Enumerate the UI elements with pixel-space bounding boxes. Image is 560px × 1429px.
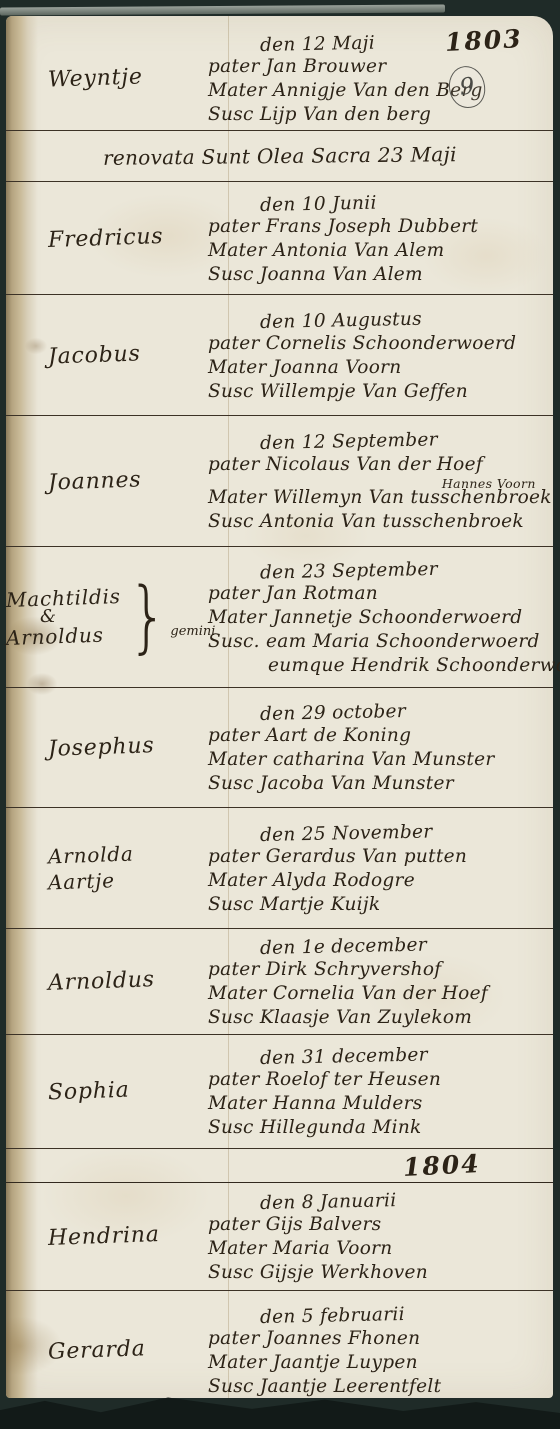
child-name: Jacobus [48,341,141,369]
mother-line: Mater Hanna Mulders [208,1093,547,1114]
mother-line: Mater Annigje Van den Berg [208,80,547,101]
baptism-date-line: den 31 december [260,1042,547,1069]
baptism-date-line: den 10 Junii [260,188,547,215]
register-entry: Gerarda den 5 februarii pater Joannes Fh… [6,1291,553,1409]
book-top-edge [0,4,445,15]
godparent-line: Susc Jacoba Van Munster [208,773,547,794]
year-1804-row: 1804 [6,1149,553,1183]
register-entry: Joannes den 12 September pater Nicolaus … [6,416,553,547]
father-line: pater Gijs Balvers [208,1214,547,1235]
godparent-line: Susc Jaantje Leerentfelt [208,1376,547,1397]
twins-brace: } [128,582,168,652]
father-line: pater Gerardus Van putten [208,846,547,867]
baptism-date-line: den 8 Januarii [260,1187,547,1214]
register-entry: Fredricus den 10 Junii pater Frans Josep… [6,182,553,295]
godparent-line: Susc. eam Maria Schoonderwoerd [208,631,560,652]
mother-line: Mater Maria Voorn [208,1238,547,1259]
child-name: Fredricus [48,223,164,252]
year-1804: 1804 [403,1149,482,1182]
mother-line: Mater Joanna Voorn [208,357,547,378]
register-entry: Arnoldus den 1e december pater Dirk Schr… [6,929,553,1035]
mother-line: Mater catharina Van Munster [208,749,547,770]
mother-line: Mater Willemyn Van tusschenbroek [208,487,552,508]
child-name: Weyntje [48,64,144,92]
register-paper: 1803 9 Weyntje den 12 Maji pater Jan Bro… [6,16,553,1398]
child-name: Arnolda [48,842,134,869]
baptism-date-line: den 23 September [260,555,560,583]
father-line: pater Jan Brouwer [208,56,547,77]
father-line: pater Cornelis Schoonderwoerd [208,333,547,354]
father-line: pater Aart de Koning [208,725,547,746]
child-name: Machtildis [6,584,122,612]
godparent-line: Susc Gijsje Werkhoven [208,1262,547,1283]
godparent-line: Susc Hillegunda Mink [208,1117,547,1138]
mother-line: Mater Jaantje Luypen [208,1352,547,1373]
register-entry: Sophia den 31 december pater Roelof ter … [6,1035,553,1149]
register-entry: Jacobus den 10 Augustus pater Cornelis S… [6,295,553,416]
mother-line: Mater Antonia Van Alem [208,240,547,261]
child-name: Josephus [48,733,155,762]
godparent-line: Susc Antonia Van tusschenbroek [208,511,552,532]
child-name: Hendrina [48,1222,161,1251]
register-entry: 1803 9 Weyntje den 12 Maji pater Jan Bro… [6,26,553,131]
baptism-date-line: den 29 october [260,698,547,725]
father-line: pater Frans Joseph Dubbert [208,216,547,237]
mother-line: Mater Cornelia Van der Hoef [208,983,547,1004]
ampersand: & [40,612,121,622]
register-entry: Hendrina den 8 Januarii pater Gijs Balve… [6,1183,553,1291]
child-name: Arnoldus [6,622,122,650]
register-entry-twins: Machtildis & Arnoldus } gemini den 23 Se… [6,547,553,688]
register-entry: Arnolda Aartje den 25 November pater Ger… [6,808,553,929]
father-line: pater Jan Rotman [208,583,560,604]
child-name: Joannes [48,467,142,495]
renovata-note: renovata Sunt Olea Sacra 23 Maji [103,142,457,170]
scanned-register-page: { "page": { "year_top": "1803", "page_nu… [0,0,560,1429]
baptism-date-line: den 1e december [260,932,547,959]
child-name-alt: Aartje [48,868,134,895]
godparent-line: Susc Klaasje Van Zuylekom [208,1007,547,1028]
baptism-date-line: den 5 februarii [260,1300,547,1327]
godparent-line-2: eumque Hendrik Schoonderwoerd [268,655,560,676]
godparent-line: Susc Martje Kuijk [208,894,547,915]
father-line: pater Dirk Schryvershof [208,959,547,980]
father-line: pater Nicolaus Van der Hoef [208,454,552,475]
godparent-line: Susc Lijp Van den berg [208,104,547,125]
mother-line: Mater Alyda Rodogre [208,870,547,891]
godparent-line: Susc Joanna Van Alem [208,264,547,285]
father-line: pater Joannes Fhonen [208,1328,547,1349]
godparent-line: Susc Willempje Van Geffen [208,381,547,402]
father-line: pater Roelof ter Heusen [208,1069,547,1090]
child-name: Sophia [48,1078,130,1106]
baptism-date-line: den 10 Augustus [260,305,547,332]
mother-line: Mater Jannetje Schoonderwoerd [208,607,560,628]
register-entry: Josephus den 29 october pater Aart de Ko… [6,688,553,808]
child-name: Arnoldus [48,967,156,996]
baptism-date-line: den 12 September [260,427,552,454]
baptism-date-line: den 25 November [260,818,547,845]
child-name: Gerarda [48,1336,146,1364]
renovata-note-row: renovata Sunt Olea Sacra 23 Maji [6,131,553,182]
register-content: 1803 9 Weyntje den 12 Maji pater Jan Bro… [6,16,553,1398]
